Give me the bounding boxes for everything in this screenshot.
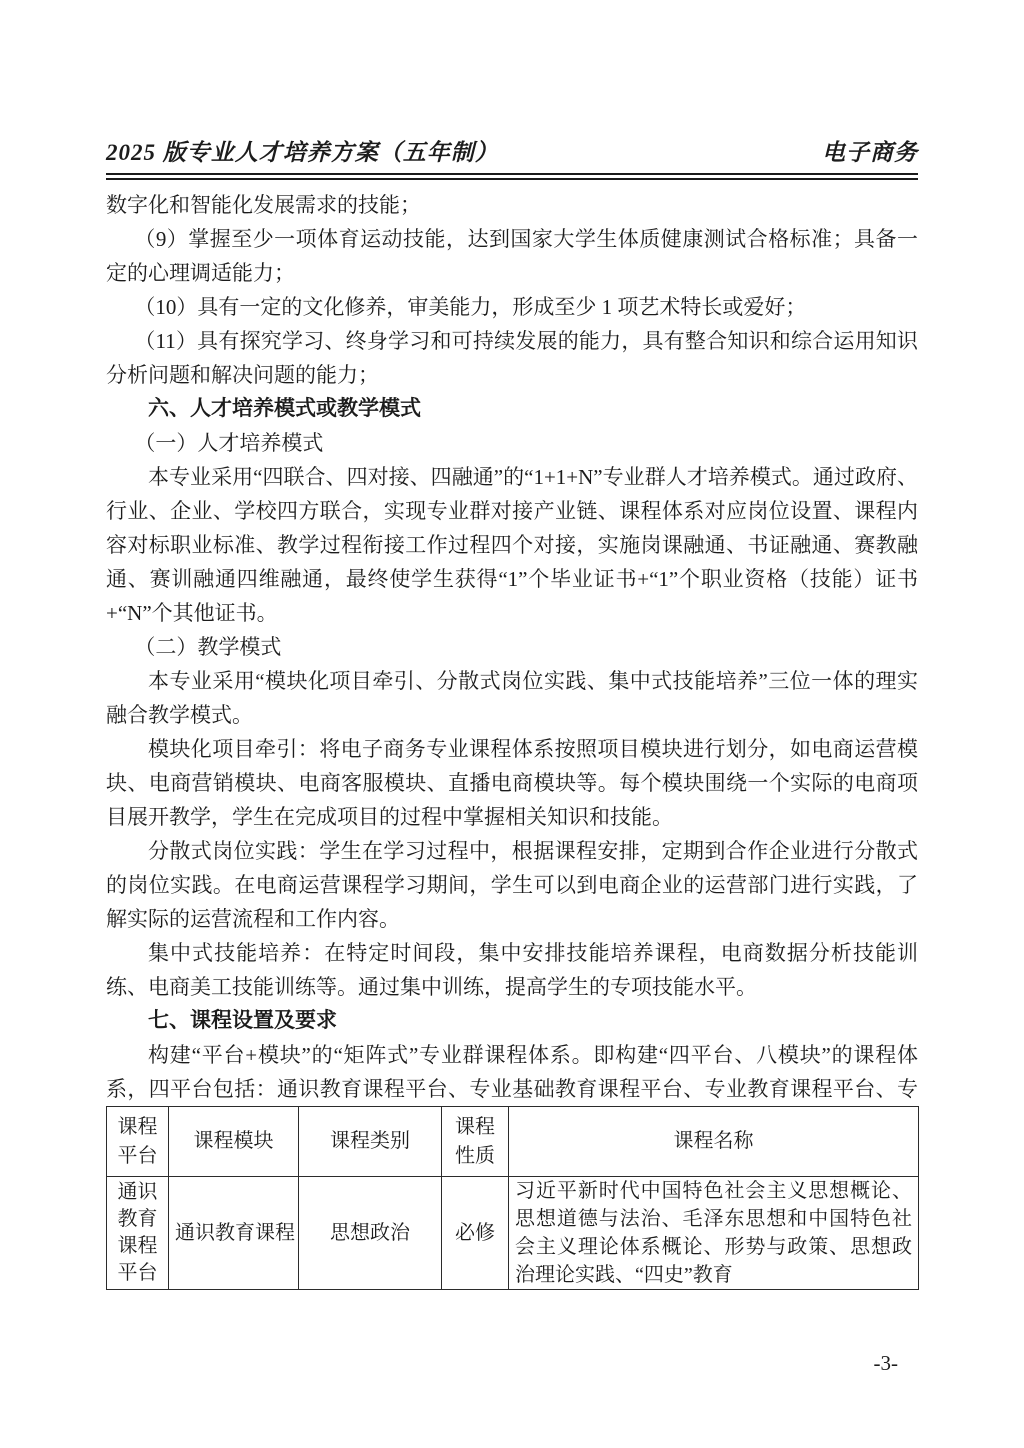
column-header-nature: 课程性质: [442, 1107, 509, 1177]
cell-nature: 必修: [442, 1177, 509, 1290]
cell-module: 通识教育课程: [169, 1177, 299, 1290]
paragraph-continuation: 数字化和智能化发展需求的技能；: [106, 188, 918, 222]
column-header-platform: 课程平台: [107, 1107, 169, 1177]
paragraph-curriculum-matrix: 构建“平台+模块”的“矩阵式”专业群课程体系。即构建“四平台、八模块”的课程体系…: [106, 1038, 918, 1108]
page-number: -3-: [874, 1350, 899, 1376]
paragraph-centralized-training: 集中式技能培养：在特定时间段，集中安排技能培养课程，电商数据分析技能训练、电商美…: [106, 936, 918, 1004]
document-body: 数字化和智能化发展需求的技能； （9）掌握至少一项体育运动技能，达到国家大学生体…: [106, 188, 918, 1108]
table-header-row: 课程平台 课程模块 课程类别 课程性质 课程名称: [107, 1107, 919, 1177]
list-item-9: （9）掌握至少一项体育运动技能，达到国家大学生体质健康测试合格标准；具备一定的心…: [106, 222, 918, 290]
header-double-rule: [106, 173, 918, 180]
column-header-category: 课程类别: [299, 1107, 442, 1177]
paragraph-teaching-mode: 本专业采用“模块化项目牵引、分散式岗位实践、集中式技能培养”三位一体的理实融合教…: [106, 664, 918, 732]
table-row: 通识教育课程平台 通识教育课程 思想政治 必修 习近平新时代中国特色社会主义思想…: [107, 1177, 919, 1290]
list-item-11: （11）具有探究学习、终身学习和可持续发展的能力，具有整合知识和综合运用知识分析…: [106, 324, 918, 392]
header-left-title: 2025 版专业人才培养方案（五年制）: [106, 138, 499, 168]
header-right-title: 电子商务: [822, 138, 918, 168]
document-page: 2025 版专业人才培养方案（五年制） 电子商务 数字化和智能化发展需求的技能；…: [0, 0, 1024, 1448]
page-header: 2025 版专业人才培养方案（五年制） 电子商务: [106, 138, 918, 180]
column-header-course-name: 课程名称: [509, 1107, 919, 1177]
list-item-10: （10）具有一定的文化修养，审美能力，形成至少 1 项艺术特长或爱好；: [106, 290, 918, 324]
section-heading-6: 六、人才培养模式或教学模式: [106, 392, 918, 426]
paragraph-distributed-practice: 分散式岗位实践：学生在学习过程中，根据课程安排，定期到合作企业进行分散式的岗位实…: [106, 834, 918, 936]
column-header-module: 课程模块: [169, 1107, 299, 1177]
cell-course-names: 习近平新时代中国特色社会主义思想概论、思想道德与法治、毛泽东思想和中国特色社会主…: [509, 1177, 919, 1290]
subsection-heading-1: （一）人才培养模式: [106, 426, 918, 460]
paragraph-training-mode: 本专业采用“四联合、四对接、四融通”的“1+1+N”专业群人才培养模式。通过政府…: [106, 460, 918, 630]
course-table: 课程平台 课程模块 课程类别 课程性质 课程名称 通识教育课程平台 通识教育课程…: [106, 1106, 919, 1290]
paragraph-module-project: 模块化项目牵引：将电子商务专业课程体系按照项目模块进行划分，如电商运营模块、电商…: [106, 732, 918, 834]
cell-platform: 通识教育课程平台: [107, 1177, 169, 1290]
cell-category: 思想政治: [299, 1177, 442, 1290]
section-heading-7: 七、课程设置及要求: [106, 1004, 918, 1038]
subsection-heading-2: （二）教学模式: [106, 630, 918, 664]
